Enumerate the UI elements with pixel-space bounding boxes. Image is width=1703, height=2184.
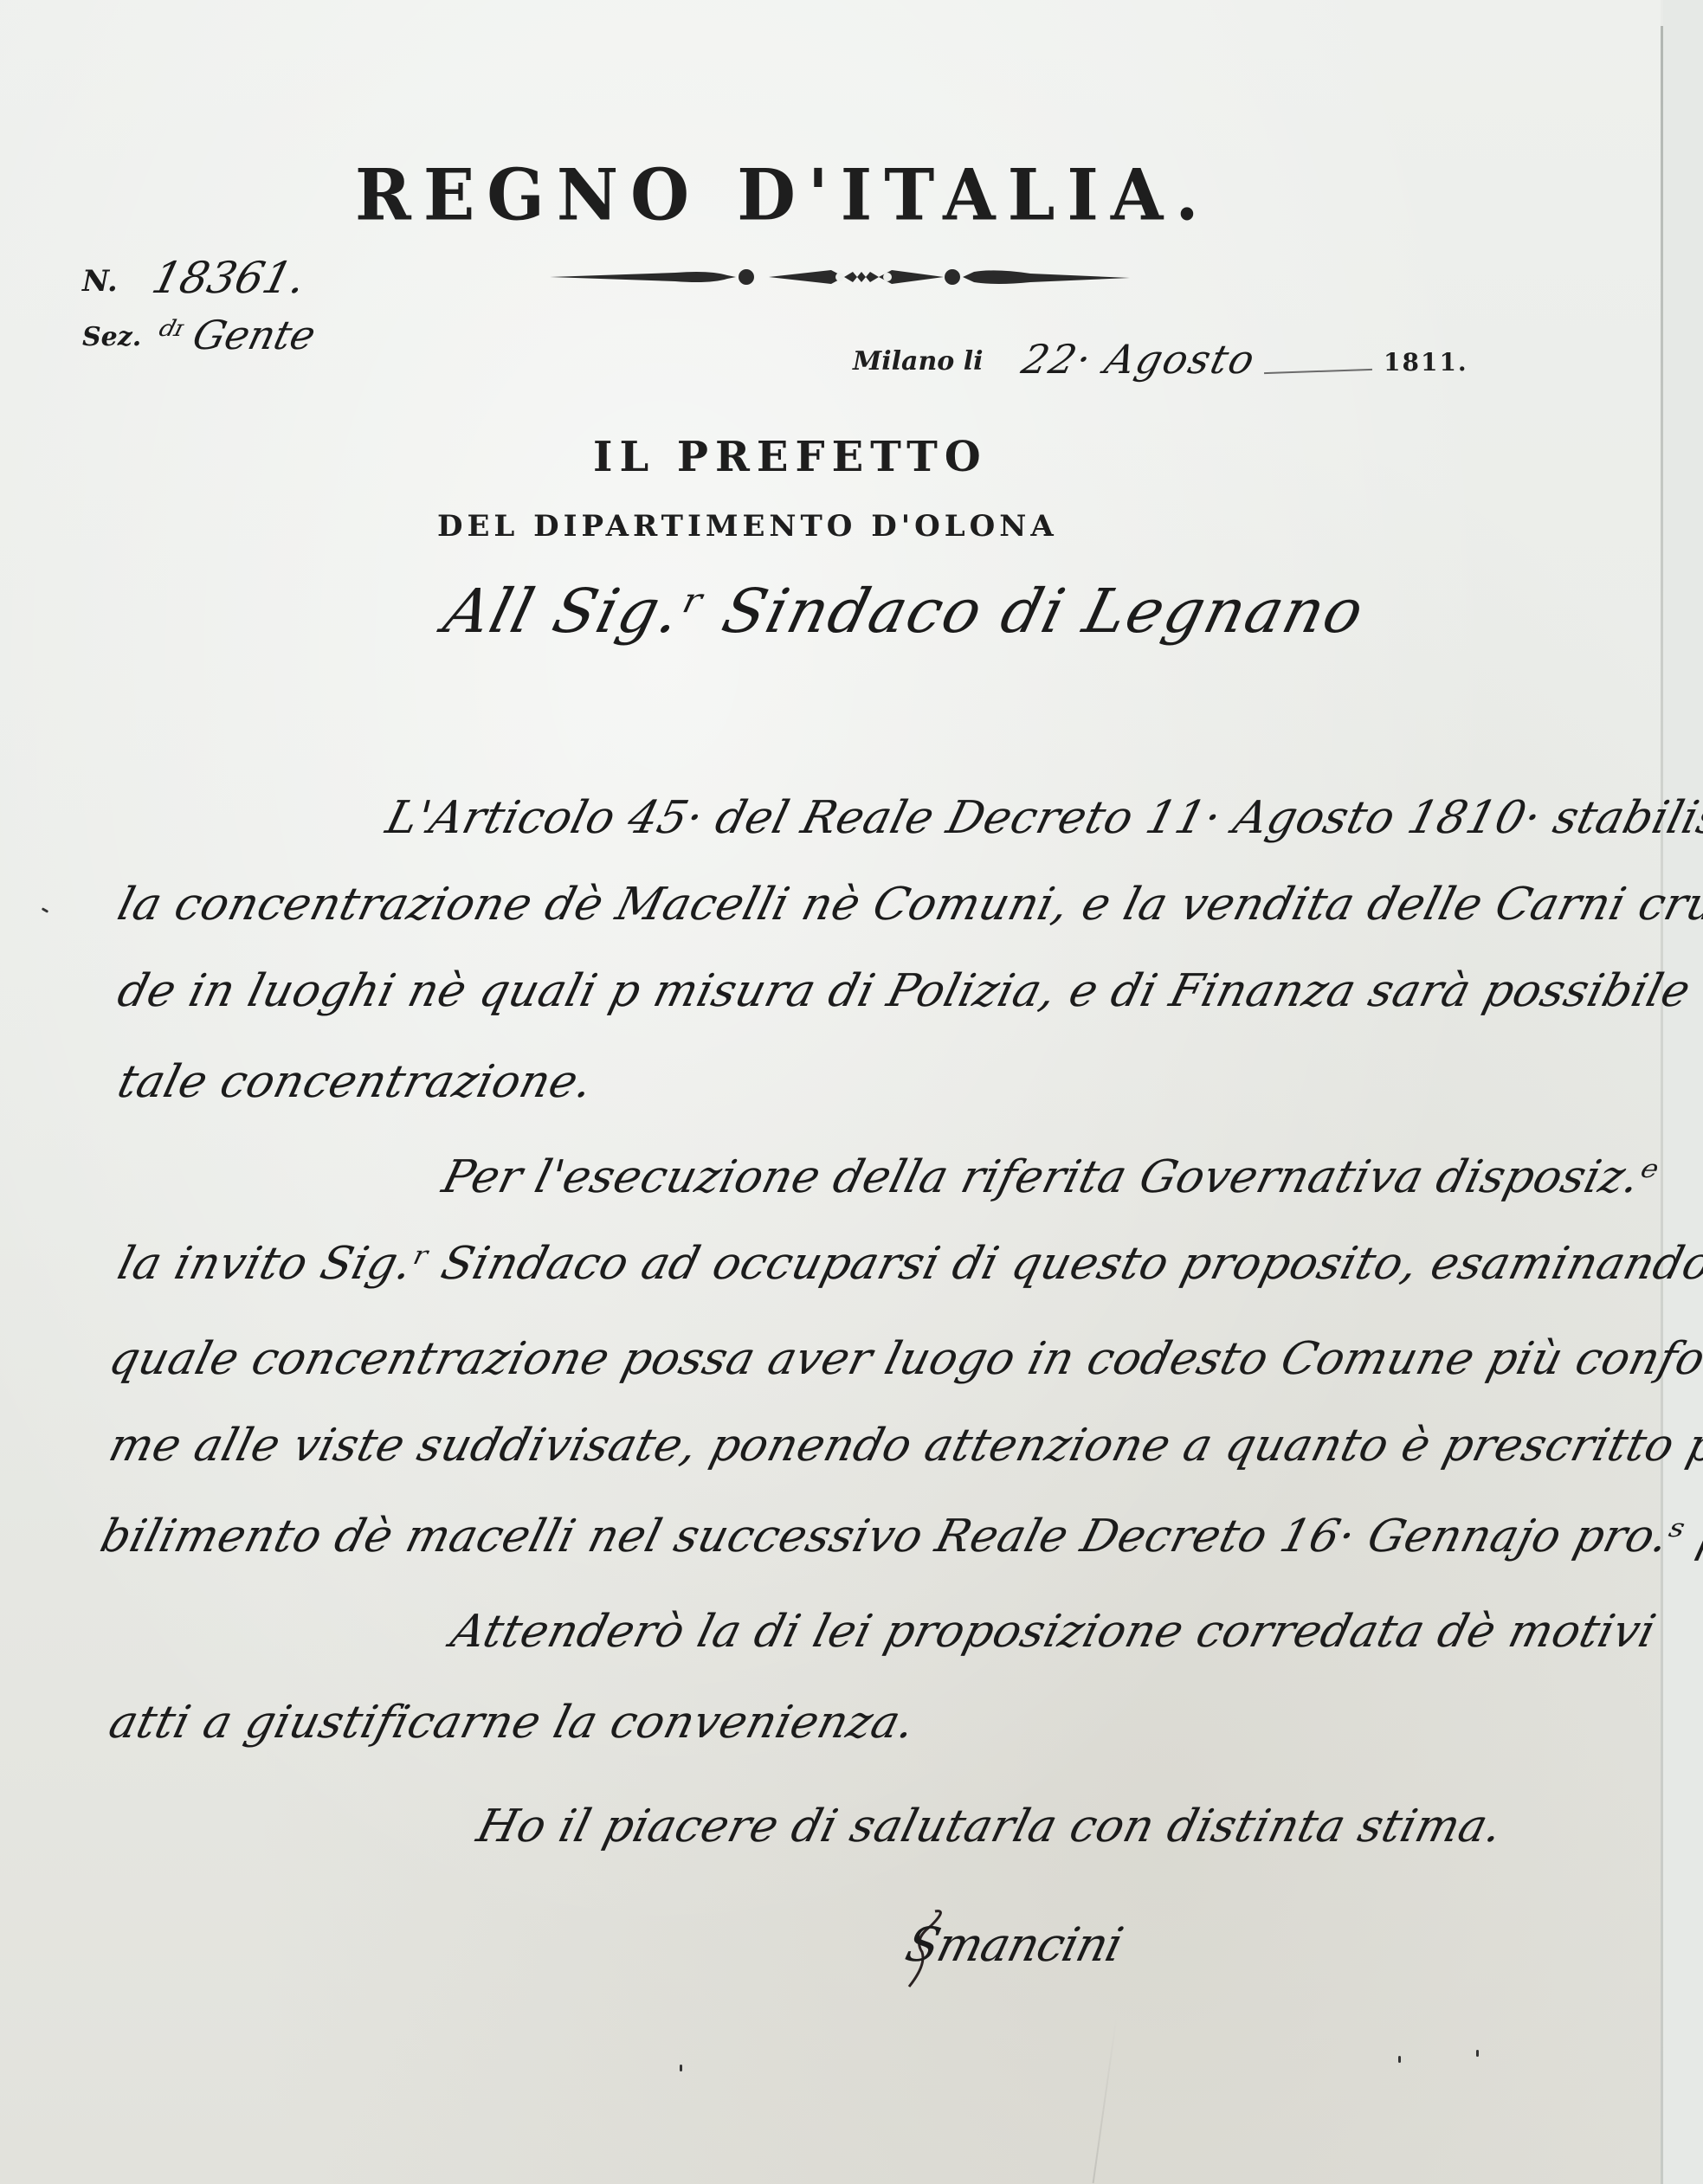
- body-line: la invito Sig.ʳ Sindaco ad occuparsi di …: [113, 1238, 1703, 1290]
- ornament-rule-icon: [545, 260, 1134, 294]
- ink-speck: [680, 2065, 682, 2071]
- body-line: atti a giustificarne la convenienza.: [104, 1697, 920, 1749]
- issuer-title: IL PREFETTO: [593, 433, 988, 481]
- body-line: tale concentrazione.: [113, 1056, 598, 1108]
- dateline-year: 1811.: [1384, 348, 1468, 377]
- protocol-number-label: N.: [82, 264, 118, 299]
- addressee: All Sig.ʳ Sindaco di Legnano: [437, 576, 1372, 647]
- body-line: de in luoghi nè quali p misura di Polizi…: [113, 965, 1696, 1017]
- body-line: L'Articolo 45· del Reale Decreto 11· Ago…: [381, 792, 1703, 844]
- body-line: quale concentrazione possa aver luogo in…: [104, 1333, 1703, 1385]
- background-strip: [1663, 0, 1703, 2184]
- protocol-number-value: 18361.: [147, 253, 311, 303]
- body-line: me alle viste suddivisate, ponendo atten…: [104, 1420, 1703, 1472]
- ink-speck: [1476, 2050, 1479, 2057]
- section-label: Sez.: [82, 322, 141, 352]
- closing-salutation: Ho il piacere di salutarla con distinta …: [472, 1801, 1508, 1852]
- dateline-place: Milano li: [853, 346, 984, 377]
- section-value: ᵈᶦ Gente: [152, 312, 320, 358]
- ink-speck: [1398, 2056, 1401, 2063]
- dateline-date: 22· Agosto: [1017, 336, 1261, 383]
- issuer-department: DEL DIPARTIMENTO D'OLONA: [437, 509, 1058, 544]
- letterhead-title: REGNO D'ITALIA.: [355, 154, 1211, 237]
- body-line: Attenderò la di lei proposizione correda…: [446, 1606, 1661, 1658]
- body-line: la concentrazione dè Macelli nè Comuni, …: [113, 879, 1703, 931]
- body-line: bilimento dè macelli nel successivo Real…: [95, 1511, 1703, 1562]
- signature: Smancini: [900, 1917, 1127, 1972]
- body-line: Per l'esecuzione della riferita Governat…: [437, 1151, 1663, 1203]
